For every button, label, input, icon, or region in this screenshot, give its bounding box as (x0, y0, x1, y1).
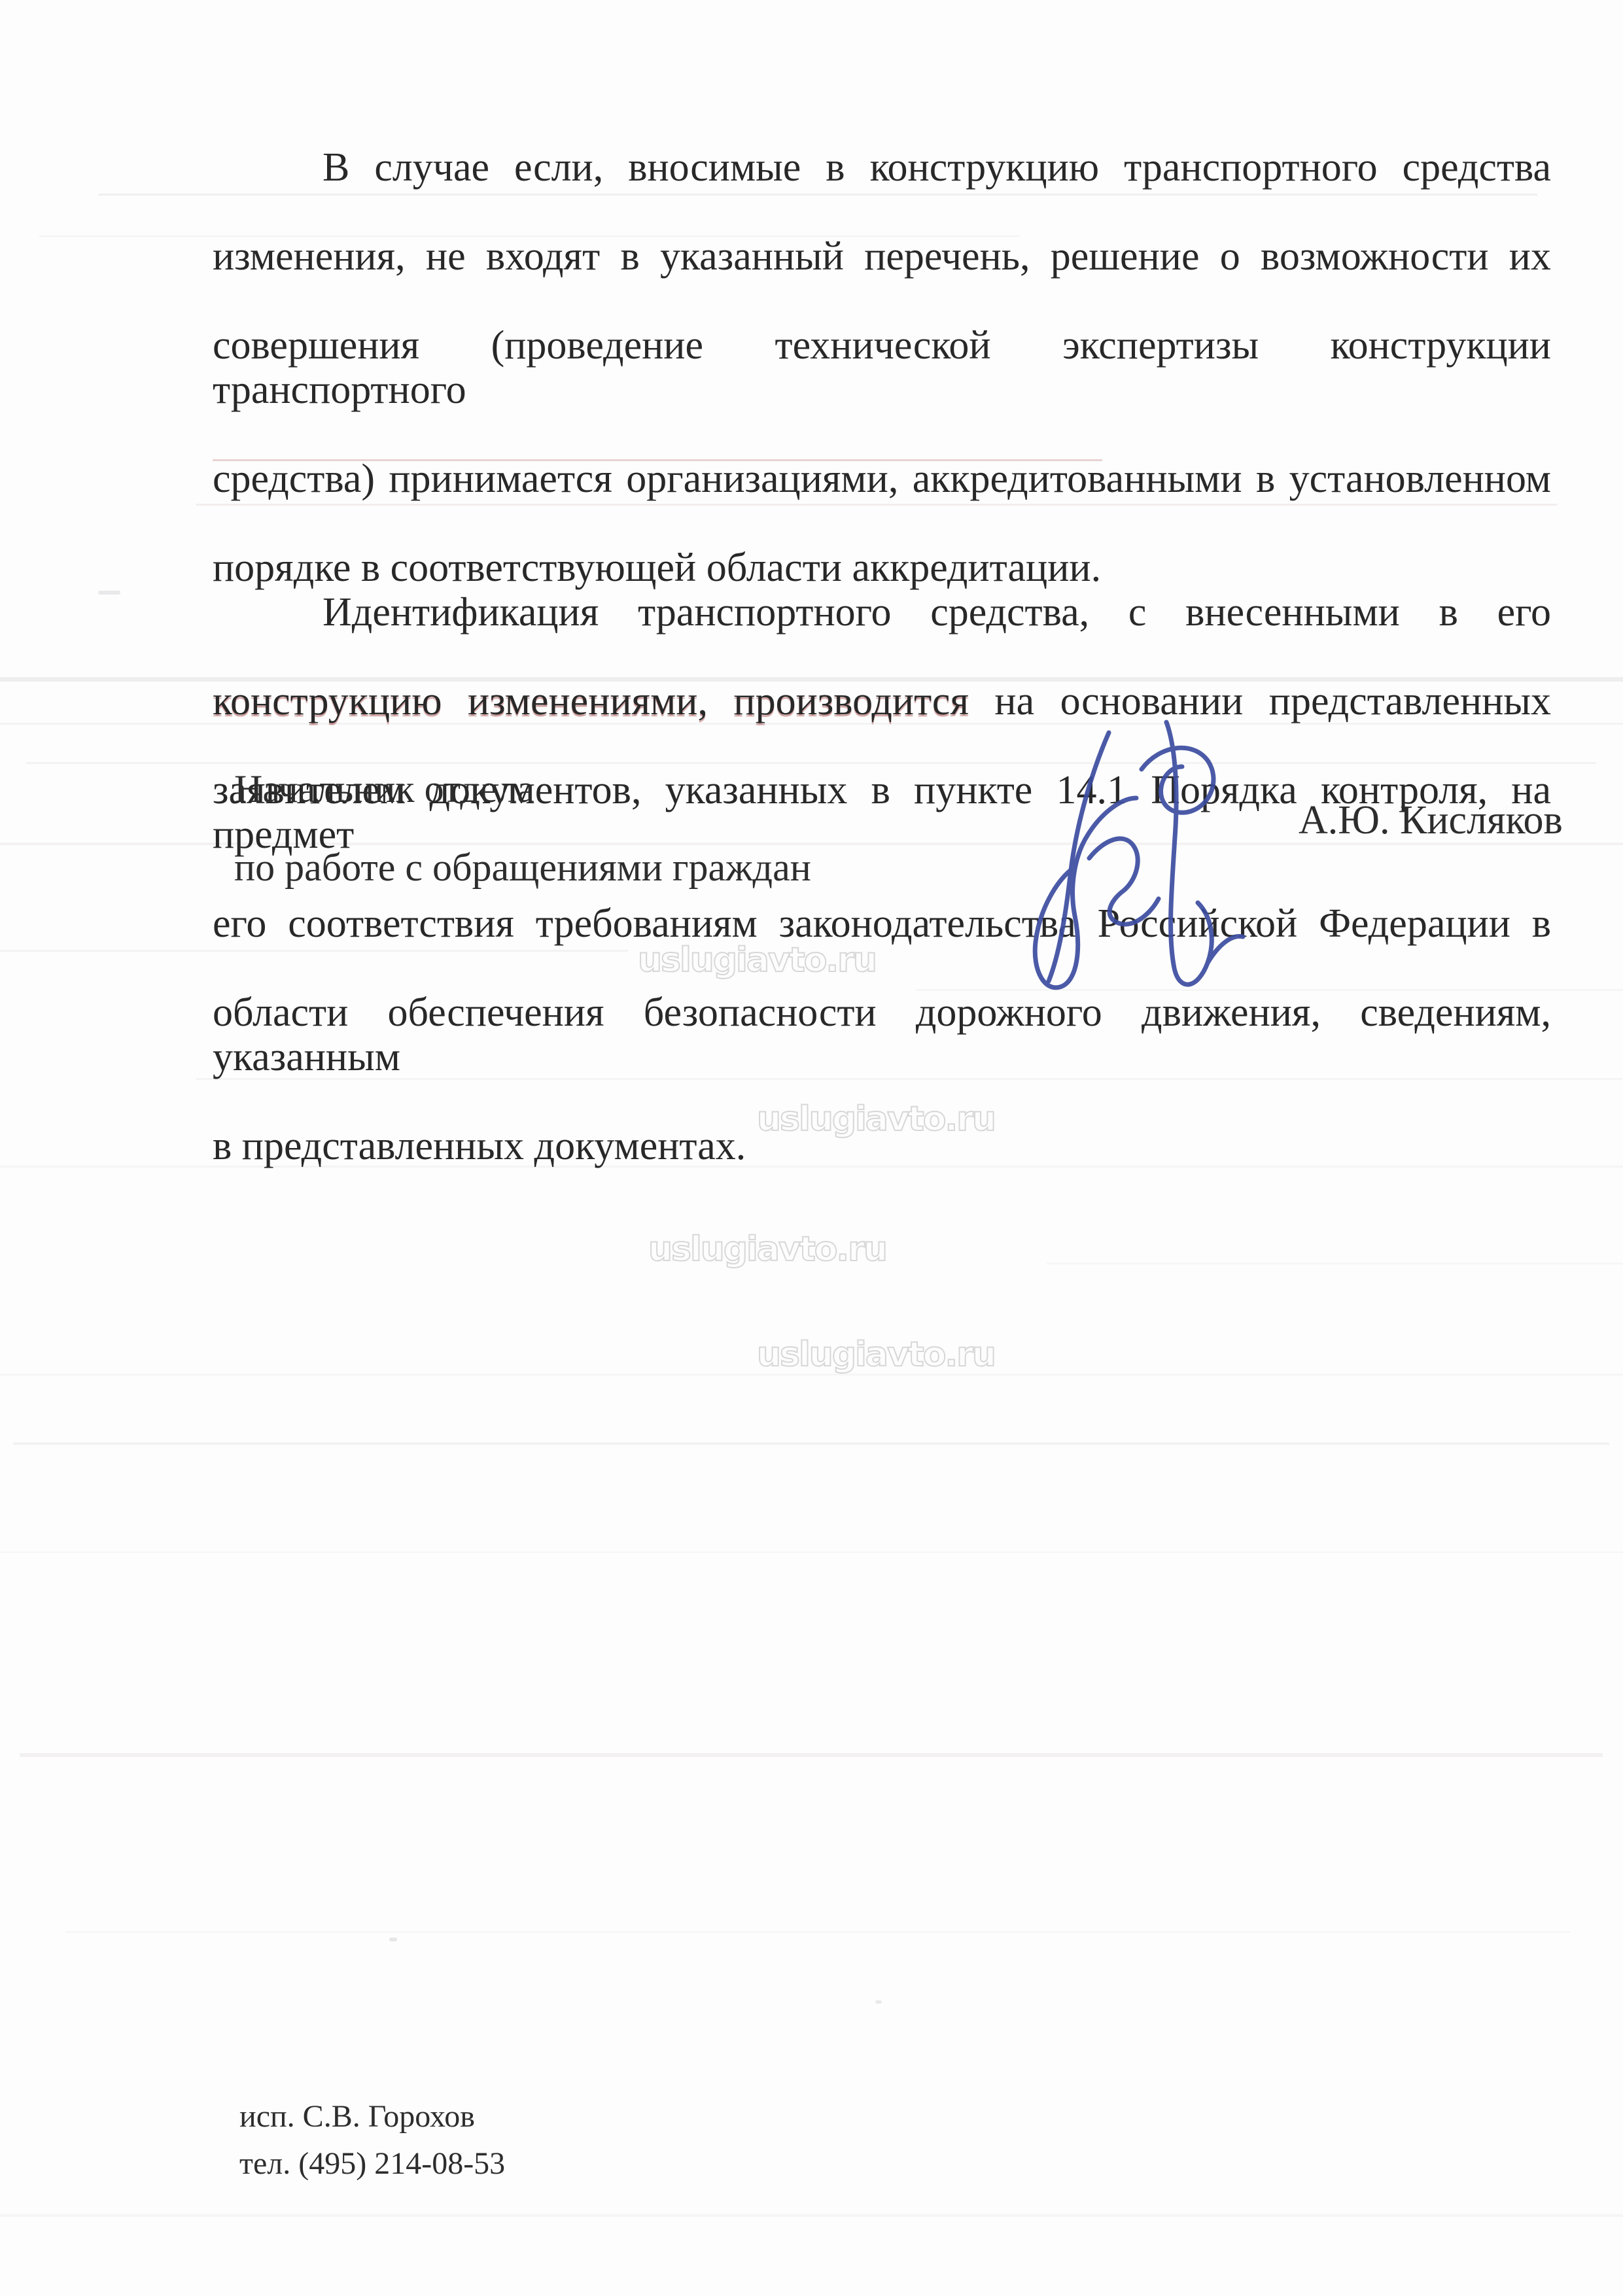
body-line: в представленных документах. (213, 1124, 1551, 1168)
scan-streak (13, 1442, 1609, 1445)
signer-title-line2: по работе с обращениями граждан (234, 845, 811, 890)
scan-streak (0, 1552, 1623, 1553)
signer-title-line1: Начальник отдела (234, 767, 534, 811)
scan-speck (98, 591, 120, 595)
body-line: области обеспечения безопасности дорожно… (213, 990, 1551, 1124)
scan-streak (1047, 1262, 1623, 1264)
body-line: конструкцию изменениями, производится на… (213, 679, 1551, 768)
body-line: Идентификация транспортного средства, с … (213, 590, 1551, 679)
watermark-uslugiavto: uslugiavto.ru (757, 1335, 995, 1374)
body-line: порядке в соответствующей области аккред… (213, 546, 1551, 590)
scan-streak (0, 2214, 1623, 2217)
body-line: В случае если, вносимые в конструкцию тр… (213, 145, 1551, 234)
signer-name: А.Ю. Кисляков (1299, 798, 1563, 843)
body-line: его соответствия требованиям законодател… (213, 901, 1551, 990)
signature-stroke (1089, 839, 1159, 924)
phone-line: тел. (495) 214-08-53 (239, 2140, 505, 2187)
body-line: изменения, не входят в указанный перечен… (213, 234, 1551, 323)
signature-stroke (1166, 722, 1212, 984)
body-line-red-artifact: конструкцию изменениями, производится (213, 679, 969, 723)
scan-speck (875, 2000, 882, 2004)
letter-body: В случае если, вносимые в конструкцию тр… (213, 145, 1551, 1168)
scanned-letter-page: uslugiavto.ru uslugiavto.ru uslugiavto.r… (0, 0, 1623, 2296)
scan-speck (389, 1938, 397, 1941)
body-line: средства) принимается организациями, акк… (213, 457, 1551, 546)
watermark-uslugiavto: uslugiavto.ru (648, 1230, 886, 1269)
handwritten-signature (1011, 706, 1246, 1007)
scan-streak (20, 1753, 1603, 1757)
scan-streak (65, 1931, 1570, 1933)
body-line: совершения (проведение технической экспе… (213, 323, 1551, 457)
letter-footer: исп. С.В. Горохов тел. (495) 214-08-53 (239, 2093, 505, 2187)
executor-line: исп. С.В. Горохов (239, 2093, 505, 2140)
